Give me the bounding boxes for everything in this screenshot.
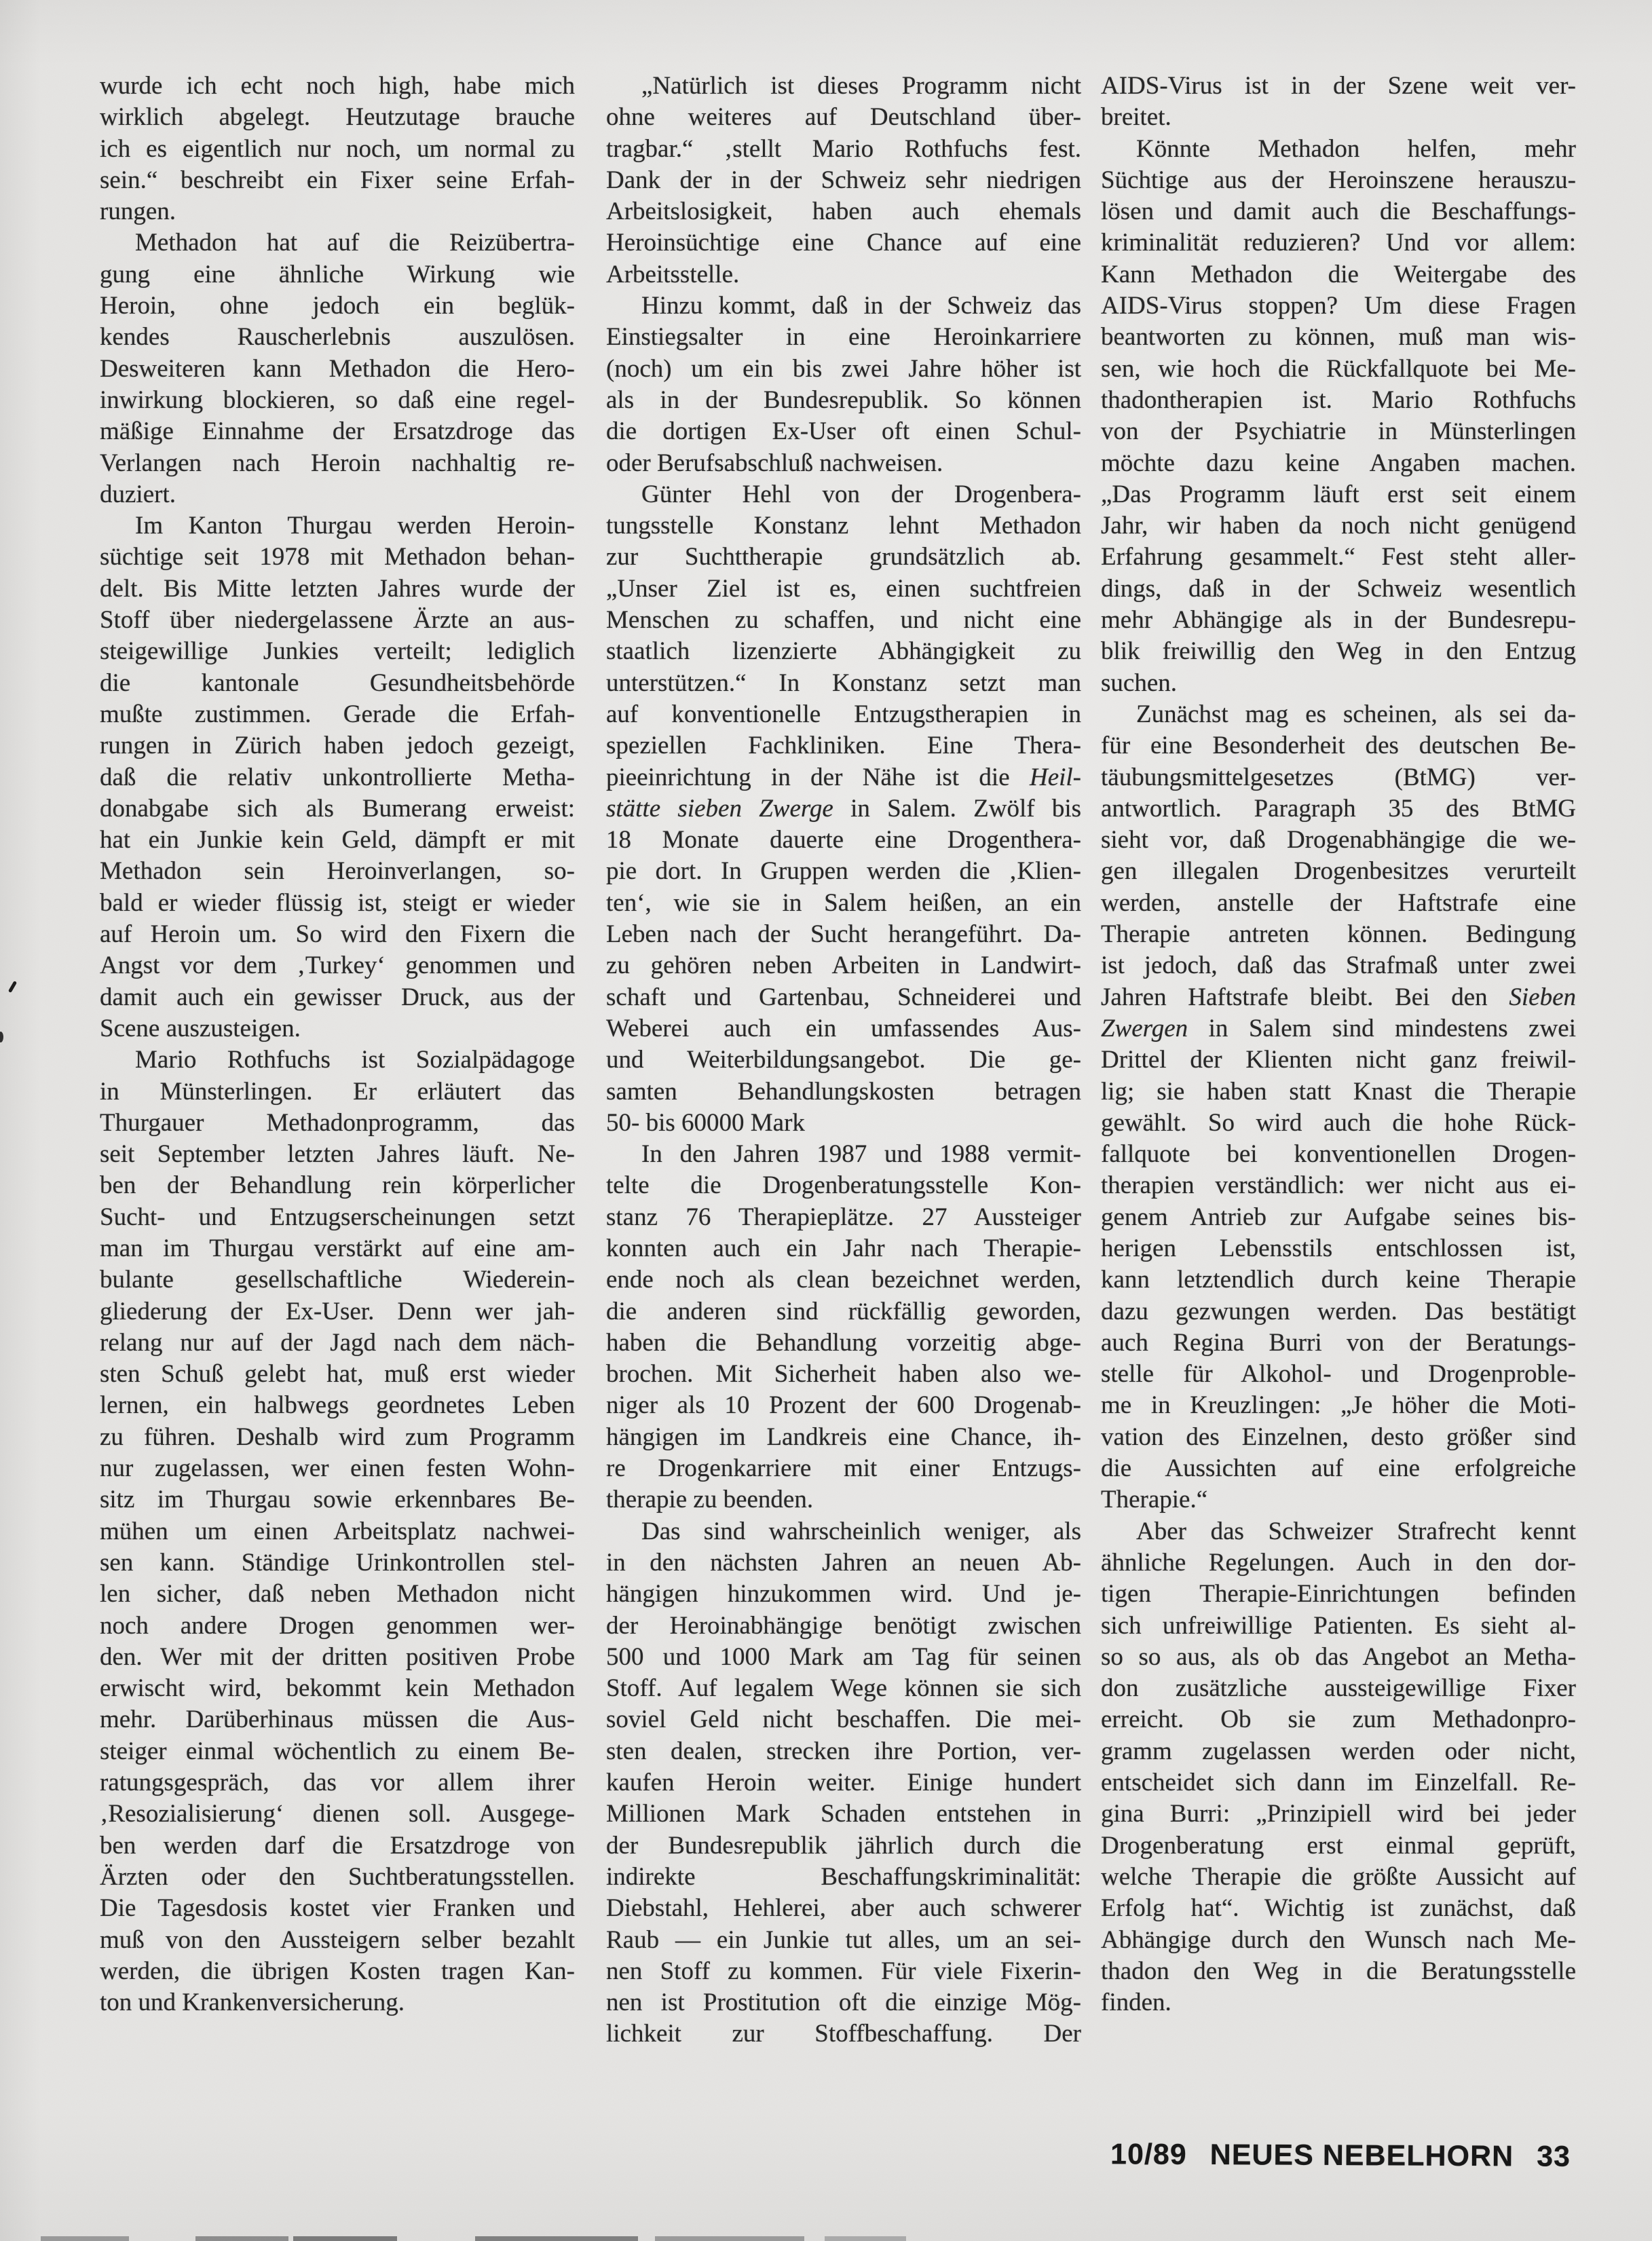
text-column-right: AIDS-Virus ist in der Szene weit ver-bre… [1101, 71, 1576, 2018]
text-line: möchte dazu keine Angaben machen. [1101, 448, 1576, 479]
text-line: Hinzu kommt, daß in der Schweiz das [606, 290, 1081, 322]
text-line: Mario Rothfuchs ist Sozialpädagoge [100, 1044, 575, 1076]
text-line: Einstiegsalter in eine Heroinkarriere [606, 322, 1081, 353]
text-line: kriminalität reduzieren? Und vor allem: [1101, 227, 1576, 259]
text-line: AIDS-Virus stoppen? Um diese Fragen [1101, 290, 1576, 322]
text-line: Im Kanton Thurgau werden Heroin- [100, 510, 575, 542]
text-line: ist jedoch, daß das Strafmaß unter zwei [1101, 950, 1576, 981]
text-line: indirekte Beschaffungskriminalität: [606, 1862, 1081, 1893]
text-line: Leben nach der Sucht herangeführt. Da- [606, 919, 1081, 950]
text-line: gina Burri: „Prinzipiell wird bei jeder [1101, 1799, 1576, 1830]
text-line: hängigen im Landkreis eine Chance, ih- [606, 1422, 1081, 1453]
text-line: brochen. Mit Sicherheit haben also we- [606, 1359, 1081, 1390]
text-line: beantworten zu können, muß man wis- [1101, 322, 1576, 353]
text-line: die anderen sind rückfällig geworden, [606, 1296, 1081, 1327]
text-line: welche Therapie die größte Aussicht auf [1101, 1862, 1576, 1893]
text-line: ‚Resozialisierung‘ dienen soll. Ausgege- [100, 1799, 575, 1830]
text-line: erwischt wird, bekommt kein Methadon [100, 1673, 575, 1704]
text-line: Süchtige aus der Heroinszene herauszu- [1101, 165, 1576, 196]
text-line: inwirkung blockieren, so daß eine regel- [100, 385, 575, 416]
text-line: rungen. [100, 196, 575, 227]
text-line: mehr. Darüberhinaus müssen die Aus- [100, 1704, 575, 1735]
text-line: zu gehören neben Arbeiten in Landwirt- [606, 950, 1081, 981]
text-line: thadontherapien ist. Mario Rothfuchs [1101, 385, 1576, 416]
text-line: hat ein Junkie kein Geld, dämpft er mit [100, 825, 575, 856]
text-line: (noch) um ein bis zwei Jahre höher ist [606, 354, 1081, 385]
scan-artifact-bar [475, 2236, 638, 2241]
text-line: der Heroinabhängige benötigt zwischen [606, 1611, 1081, 1642]
text-line: „Das Programm läuft erst seit einem [1101, 479, 1576, 510]
text-line: ohne weiteres auf Deutschland über- [606, 102, 1081, 133]
text-line: Scene auszusteigen. [100, 1013, 575, 1044]
text-line: „Unser Ziel ist es, einen suchtfreien [606, 573, 1081, 605]
text-line: Desweiteren kann Methadon die Hero- [100, 354, 575, 385]
text-line: dazu gezwungen werden. Das bestätigt [1101, 1296, 1576, 1327]
text-line: mäßige Einnahme der Ersatzdroge das [100, 416, 575, 447]
text-line: kann letztendlich durch keine Therapie [1101, 1264, 1576, 1296]
text-line: finden. [1101, 1987, 1576, 2018]
scan-artifact-bar [293, 2236, 397, 2241]
text-line: nur zugelassen, wer einen festen Wohn- [100, 1453, 575, 1484]
text-line: Erfolg hat“. Wichtig ist zunächst, daß [1101, 1893, 1576, 1924]
text-line: die kantonale Gesundheitsbehörde [100, 668, 575, 699]
text-line: re Drogenkarriere mit einer Entzugs- [606, 1453, 1081, 1484]
text-line: ich es eigentlich nur noch, um normal zu [100, 134, 575, 165]
text-line: 500 und 1000 Mark am Tag für seinen [606, 1642, 1081, 1673]
text-line: In den Jahren 1987 und 1988 vermit- [606, 1139, 1081, 1170]
text-line: so so aus, als ob das Angebot an Metha- [1101, 1642, 1576, 1673]
text-line: vation des Einzelnen, desto größer sind [1101, 1422, 1576, 1453]
text-line: schaft und Gartenbau, Schneiderei und [606, 982, 1081, 1013]
text-line: Raub — ein Junkie tut alles, um an sei- [606, 1925, 1081, 1956]
text-line: Jahren Haftstrafe bleibt. Bei den Sieben [1101, 982, 1576, 1013]
text-line: sein.“ beschreibt ein Fixer seine Erfah- [100, 165, 575, 196]
text-line: Abhängige durch den Wunsch nach Me- [1101, 1925, 1576, 1956]
text-line: tungsstelle Konstanz lehnt Methadon [606, 510, 1081, 542]
text-line: antwortlich. Paragraph 35 des BtMG [1101, 793, 1576, 825]
text-line: lernen, ein halbwegs geordnetes Leben [100, 1390, 575, 1421]
text-line: Kann Methadon die Weitergabe des [1101, 259, 1576, 290]
text-line: Drittel der Klienten nicht ganz freiwil- [1101, 1044, 1576, 1076]
text-line: bulante gesellschaftliche Wiederein- [100, 1264, 575, 1296]
text-line: gen illegalen Drogenbesitzes verurteilt [1101, 856, 1576, 887]
text-line: tigen Therapie-Einrichtungen befinden [1101, 1579, 1576, 1610]
text-line: konnten auch ein Jahr nach Therapie- [606, 1233, 1081, 1264]
text-line: ben werden darf die Ersatzdroge von [100, 1830, 575, 1862]
text-line: sen, wie hoch die Rückfallquote bei Me- [1101, 354, 1576, 385]
text-line: noch andere Drogen genommen wer- [100, 1611, 575, 1642]
text-line: pie dort. In Gruppen werden die ‚Klien- [606, 856, 1081, 887]
text-line: speziellen Fachkliniken. Eine Thera- [606, 730, 1081, 761]
text-line: nen Stoff zu kommen. Für viele Fixerin- [606, 1956, 1081, 1987]
text-line: Zwergen in Salem sind mindestens zwei [1101, 1013, 1576, 1044]
text-line: auf konventionelle Entzugstherapien in [606, 699, 1081, 730]
text-line: 50- bis 60000 Mark [606, 1108, 1081, 1139]
text-line: ratungsgespräch, das vor allem ihrer [100, 1767, 575, 1799]
text-line: Erfahrung gesammelt.“ Fest steht aller- [1101, 542, 1576, 573]
text-line: Arbeitslosigkeit, haben auch ehemals [606, 196, 1081, 227]
footer-page-number: 33 [1537, 2139, 1571, 2174]
text-line: soviel Geld nicht beschaffen. Die mei- [606, 1704, 1081, 1735]
text-line: Therapie.“ [1101, 1484, 1576, 1515]
text-line: Aber das Schweizer Strafrecht kennt [1101, 1516, 1576, 1547]
text-line: Stoff über niedergelassene Ärzte an aus- [100, 605, 575, 636]
text-line: duziert. [100, 479, 575, 510]
text-line: den. Wer mit der dritten positiven Probe [100, 1642, 575, 1673]
text-line: Therapie antreten können. Bedingung [1101, 919, 1576, 950]
text-line: AIDS-Virus ist in der Szene weit ver- [1101, 71, 1576, 102]
text-line: bald er wieder flüssig ist, steigt er wi… [100, 888, 575, 919]
text-line: süchtige seit 1978 mit Methadon behan- [100, 542, 575, 573]
text-line: donabgabe sich als Bumerang erweist: [100, 793, 575, 825]
text-line: täubungsmittelgesetzes (BtMG) ver- [1101, 762, 1576, 793]
text-line: damit auch ein gewisser Druck, aus der [100, 982, 575, 1013]
text-line: Günter Hehl von der Drogenbera- [606, 479, 1081, 510]
text-line: sitz im Thurgau sowie erkennbares Be- [100, 1484, 575, 1515]
text-line: mußte zustimmen. Gerade die Erfah- [100, 699, 575, 730]
text-line: seit September letzten Jahres läuft. Ne- [100, 1139, 575, 1170]
text-line: hängigen hinzukommen wird. Und je- [606, 1579, 1081, 1610]
text-line: auch Regina Burri von der Beratungs- [1101, 1327, 1576, 1359]
text-column-left: wurde ich echt noch high, habe michwirkl… [100, 71, 575, 2018]
text-line: fallquote bei konventionellen Drogen- [1101, 1139, 1576, 1170]
text-line: niger als 10 Prozent der 600 Drogenab- [606, 1390, 1081, 1421]
text-line: gung eine ähnliche Wirkung wie [100, 259, 575, 290]
text-line: sich unfreiwillige Patienten. Es sieht a… [1101, 1611, 1576, 1642]
text-line: relang nur auf der Jagd nach dem näch- [100, 1327, 575, 1359]
text-line: rungen in Zürich haben jedoch gezeigt, [100, 730, 575, 761]
text-line: 18 Monate dauerte eine Drogenthera- [606, 825, 1081, 856]
text-line: Heroinsüchtige eine Chance auf eine [606, 227, 1081, 259]
text-line: sten dealen, strecken ihre Portion, ver- [606, 1736, 1081, 1767]
text-line: wirklich abgelegt. Heutzutage brauche [100, 102, 575, 133]
text-line: Diebstahl, Hehlerei, aber auch schwerer [606, 1893, 1081, 1924]
text-line: sen kann. Ständige Urinkontrollen stel- [100, 1547, 575, 1579]
text-line: ton und Krankenversicherung. [100, 1987, 575, 2018]
scan-artifact-bar [655, 2236, 804, 2241]
text-line: me in Kreuzlingen: „Je höher die Moti- [1101, 1390, 1576, 1421]
text-line: Ärzten oder den Suchtberatungsstellen. [100, 1862, 575, 1893]
text-line: ten‘, wie sie in Salem heißen, an ein [606, 888, 1081, 919]
text-line: unterstützen.“ In Konstanz setzt man [606, 668, 1081, 699]
text-line: die Aussichten auf eine erfolgreiche [1101, 1453, 1576, 1484]
text-line: Methadon sein Heroinverlangen, so- [100, 856, 575, 887]
text-line: pieeinrichtung in der Nähe ist die Heil- [606, 762, 1081, 793]
text-line: man im Thurgau verstärkt auf eine am- [100, 1233, 575, 1264]
text-line: daß die relativ unkontrollierte Metha- [100, 762, 575, 793]
text-line: mühen um einen Arbeitsplatz nachwei- [100, 1516, 575, 1547]
text-line: sten Schuß gelebt hat, muß erst wieder [100, 1359, 575, 1390]
text-line: muß von den Aussteigern selber bezahlt [100, 1925, 575, 1956]
scan-artifact-bar [825, 2236, 906, 2241]
text-line: zur Suchttherapie grundsätzlich ab. [606, 542, 1081, 573]
text-line: erreicht. Ob sie zum Methadonpro- [1101, 1704, 1576, 1735]
text-line: stelle für Alkohol- und Drogenproble- [1101, 1359, 1576, 1390]
text-line: gliederung der Ex-User. Denn wer jah- [100, 1296, 575, 1327]
text-line: len sicher, daß neben Methadon nicht [100, 1579, 575, 1610]
text-line: Dank der in der Schweiz sehr niedrigen [606, 165, 1081, 196]
text-line: herigen Lebensstils entschlossen ist, [1101, 1233, 1576, 1264]
text-line: entscheidet sich dann im Einzelfall. Re- [1101, 1767, 1576, 1799]
text-line: Verlangen nach Heroin nachhaltig re- [100, 448, 575, 479]
text-line: Methadon hat auf die Reizübertra- [100, 227, 575, 259]
text-line: Jahr, wir haben da noch nicht genügend [1101, 510, 1576, 542]
text-line: die dortigen Ex-User oft einen Schul- [606, 416, 1081, 447]
text-line: kendes Rauscherlebnis auszulösen. [100, 322, 575, 353]
text-line: don zusätzliche aussteigewillige Fixer [1101, 1673, 1576, 1704]
text-line: Drogenberatung erst einmal geprüft, [1101, 1830, 1576, 1862]
text-line: auf Heroin um. So wird den Fixern die [100, 919, 575, 950]
text-line: therapien verständlich: wer nicht aus ei… [1101, 1170, 1576, 1201]
text-line: Menschen zu schaffen, und nicht eine [606, 605, 1081, 636]
text-line: ende noch als clean bezeichnet werden, [606, 1264, 1081, 1296]
text-line: wurde ich echt noch high, habe mich [100, 71, 575, 102]
text-line: werden, die übrigen Kosten tragen Kan- [100, 1956, 575, 1987]
text-line: gramm zugelassen werden oder nicht, [1101, 1736, 1576, 1767]
text-line: zu führen. Deshalb wird zum Programm [100, 1422, 575, 1453]
text-line: Stoff. Auf legalem Wege können sie sich [606, 1673, 1081, 1704]
text-line: Thurgauer Methadonprogramm, das [100, 1108, 575, 1139]
magazine-page: wurde ich echt noch high, habe michwirkl… [0, 0, 1652, 2241]
text-line: oder Berufsabschluß nachweisen. [606, 448, 1081, 479]
text-line: werden, anstelle der Haftstrafe eine [1101, 888, 1576, 919]
text-line: Zunächst mag es scheinen, als sei da- [1101, 699, 1576, 730]
text-line: haben die Behandlung vorzeitig abge- [606, 1327, 1081, 1359]
text-line: nen ist Prostitution oft die einzige Mög… [606, 1987, 1081, 2018]
text-line: stätte sieben Zwerge in Salem. Zwölf bis [606, 793, 1081, 825]
text-line: Das sind wahrscheinlich weniger, als [606, 1516, 1081, 1547]
text-line: genem Antrieb zur Aufgabe seines bis- [1101, 1202, 1576, 1233]
text-line: mehr Abhängige als in der Bundesrepu- [1101, 605, 1576, 636]
text-line: dings, daß in der Schweiz wesentlich [1101, 573, 1576, 605]
text-line: therapie zu beenden. [606, 1484, 1081, 1515]
text-column-middle: „Natürlich ist dieses Programm nichtohne… [606, 71, 1081, 2050]
text-line: lig; sie haben statt Knast die Therapie [1101, 1076, 1576, 1108]
text-line: ähnliche Regelungen. Auch in den dor- [1101, 1547, 1576, 1579]
text-line: blik freiwillig den Weg in den Entzug [1101, 636, 1576, 667]
text-line: „Natürlich ist dieses Programm nicht [606, 71, 1081, 102]
text-line: ben der Behandlung rein körperlicher [100, 1170, 575, 1201]
text-line: in Münsterlingen. Er erläutert das [100, 1076, 575, 1108]
scan-artifact-bar [41, 2236, 129, 2241]
text-line: sieht vor, daß Drogenabhängige die we- [1101, 825, 1576, 856]
scan-artifact-bar [195, 2236, 288, 2241]
page-footer: 10/89 NEUES NEBELHORN 33 [1101, 2136, 1571, 2174]
text-line: tragbar.“ ‚stellt Mario Rothfuchs fest. [606, 134, 1081, 165]
text-line: gewählt. So wird auch die hohe Rück- [1101, 1108, 1576, 1139]
text-line: kaufen Heroin weiter. Einige hundert [606, 1767, 1081, 1799]
text-line: steigewillige Junkies verteilt; lediglic… [100, 636, 575, 667]
text-line: der Bundesrepublik jährlich durch die [606, 1830, 1081, 1862]
text-line: Sucht- und Entzugserscheinungen setzt [100, 1202, 575, 1233]
scan-ink-speck [8, 981, 17, 993]
text-line: thadon den Weg in die Beratungsstelle [1101, 1956, 1576, 1987]
text-line: lösen und damit auch die Beschaffungs- [1101, 196, 1576, 227]
footer-issue: 10/89 [1110, 2136, 1187, 2172]
text-line: in den nächsten Jahren an neuen Ab- [606, 1547, 1081, 1579]
text-line: Arbeitsstelle. [606, 259, 1081, 290]
footer-magazine-title: NEUES NEBELHORN [1210, 2137, 1514, 2174]
text-line: als in der Bundesrepublik. So können [606, 385, 1081, 416]
text-line: steiger einmal wöchentlich zu einem Be- [100, 1736, 575, 1767]
text-line: Angst vor dem ‚Turkey‘ genommen und [100, 950, 575, 981]
scan-edge-speck [0, 1032, 3, 1042]
text-line: lichkeit zur Stoffbeschaffung. Der [606, 2018, 1081, 2050]
text-line: Die Tagesdosis kostet vier Franken und [100, 1893, 575, 1924]
text-line: Millionen Mark Schaden entstehen in [606, 1799, 1081, 1830]
text-line: stanz 76 Therapieplätze. 27 Aussteiger [606, 1202, 1081, 1233]
text-line: und Weiterbildungsangebot. Die ge- [606, 1044, 1081, 1076]
text-line: Weberei auch ein umfassendes Aus- [606, 1013, 1081, 1044]
text-line: breitet. [1101, 102, 1576, 133]
text-line: telte die Drogenberatungsstelle Kon- [606, 1170, 1081, 1201]
text-line: suchen. [1101, 668, 1576, 699]
text-line: samten Behandlungskosten betragen [606, 1076, 1081, 1108]
text-line: delt. Bis Mitte letzten Jahres wurde der [100, 573, 575, 605]
text-line: von der Psychiatrie in Münsterlingen [1101, 416, 1576, 447]
text-line: für eine Besonderheit des deutschen Be- [1101, 730, 1576, 761]
text-line: staatlich lizenzierte Abhängigkeit zu [606, 636, 1081, 667]
text-line: Heroin, ohne jedoch ein beglük- [100, 290, 575, 322]
text-line: Könnte Methadon helfen, mehr [1101, 134, 1576, 165]
